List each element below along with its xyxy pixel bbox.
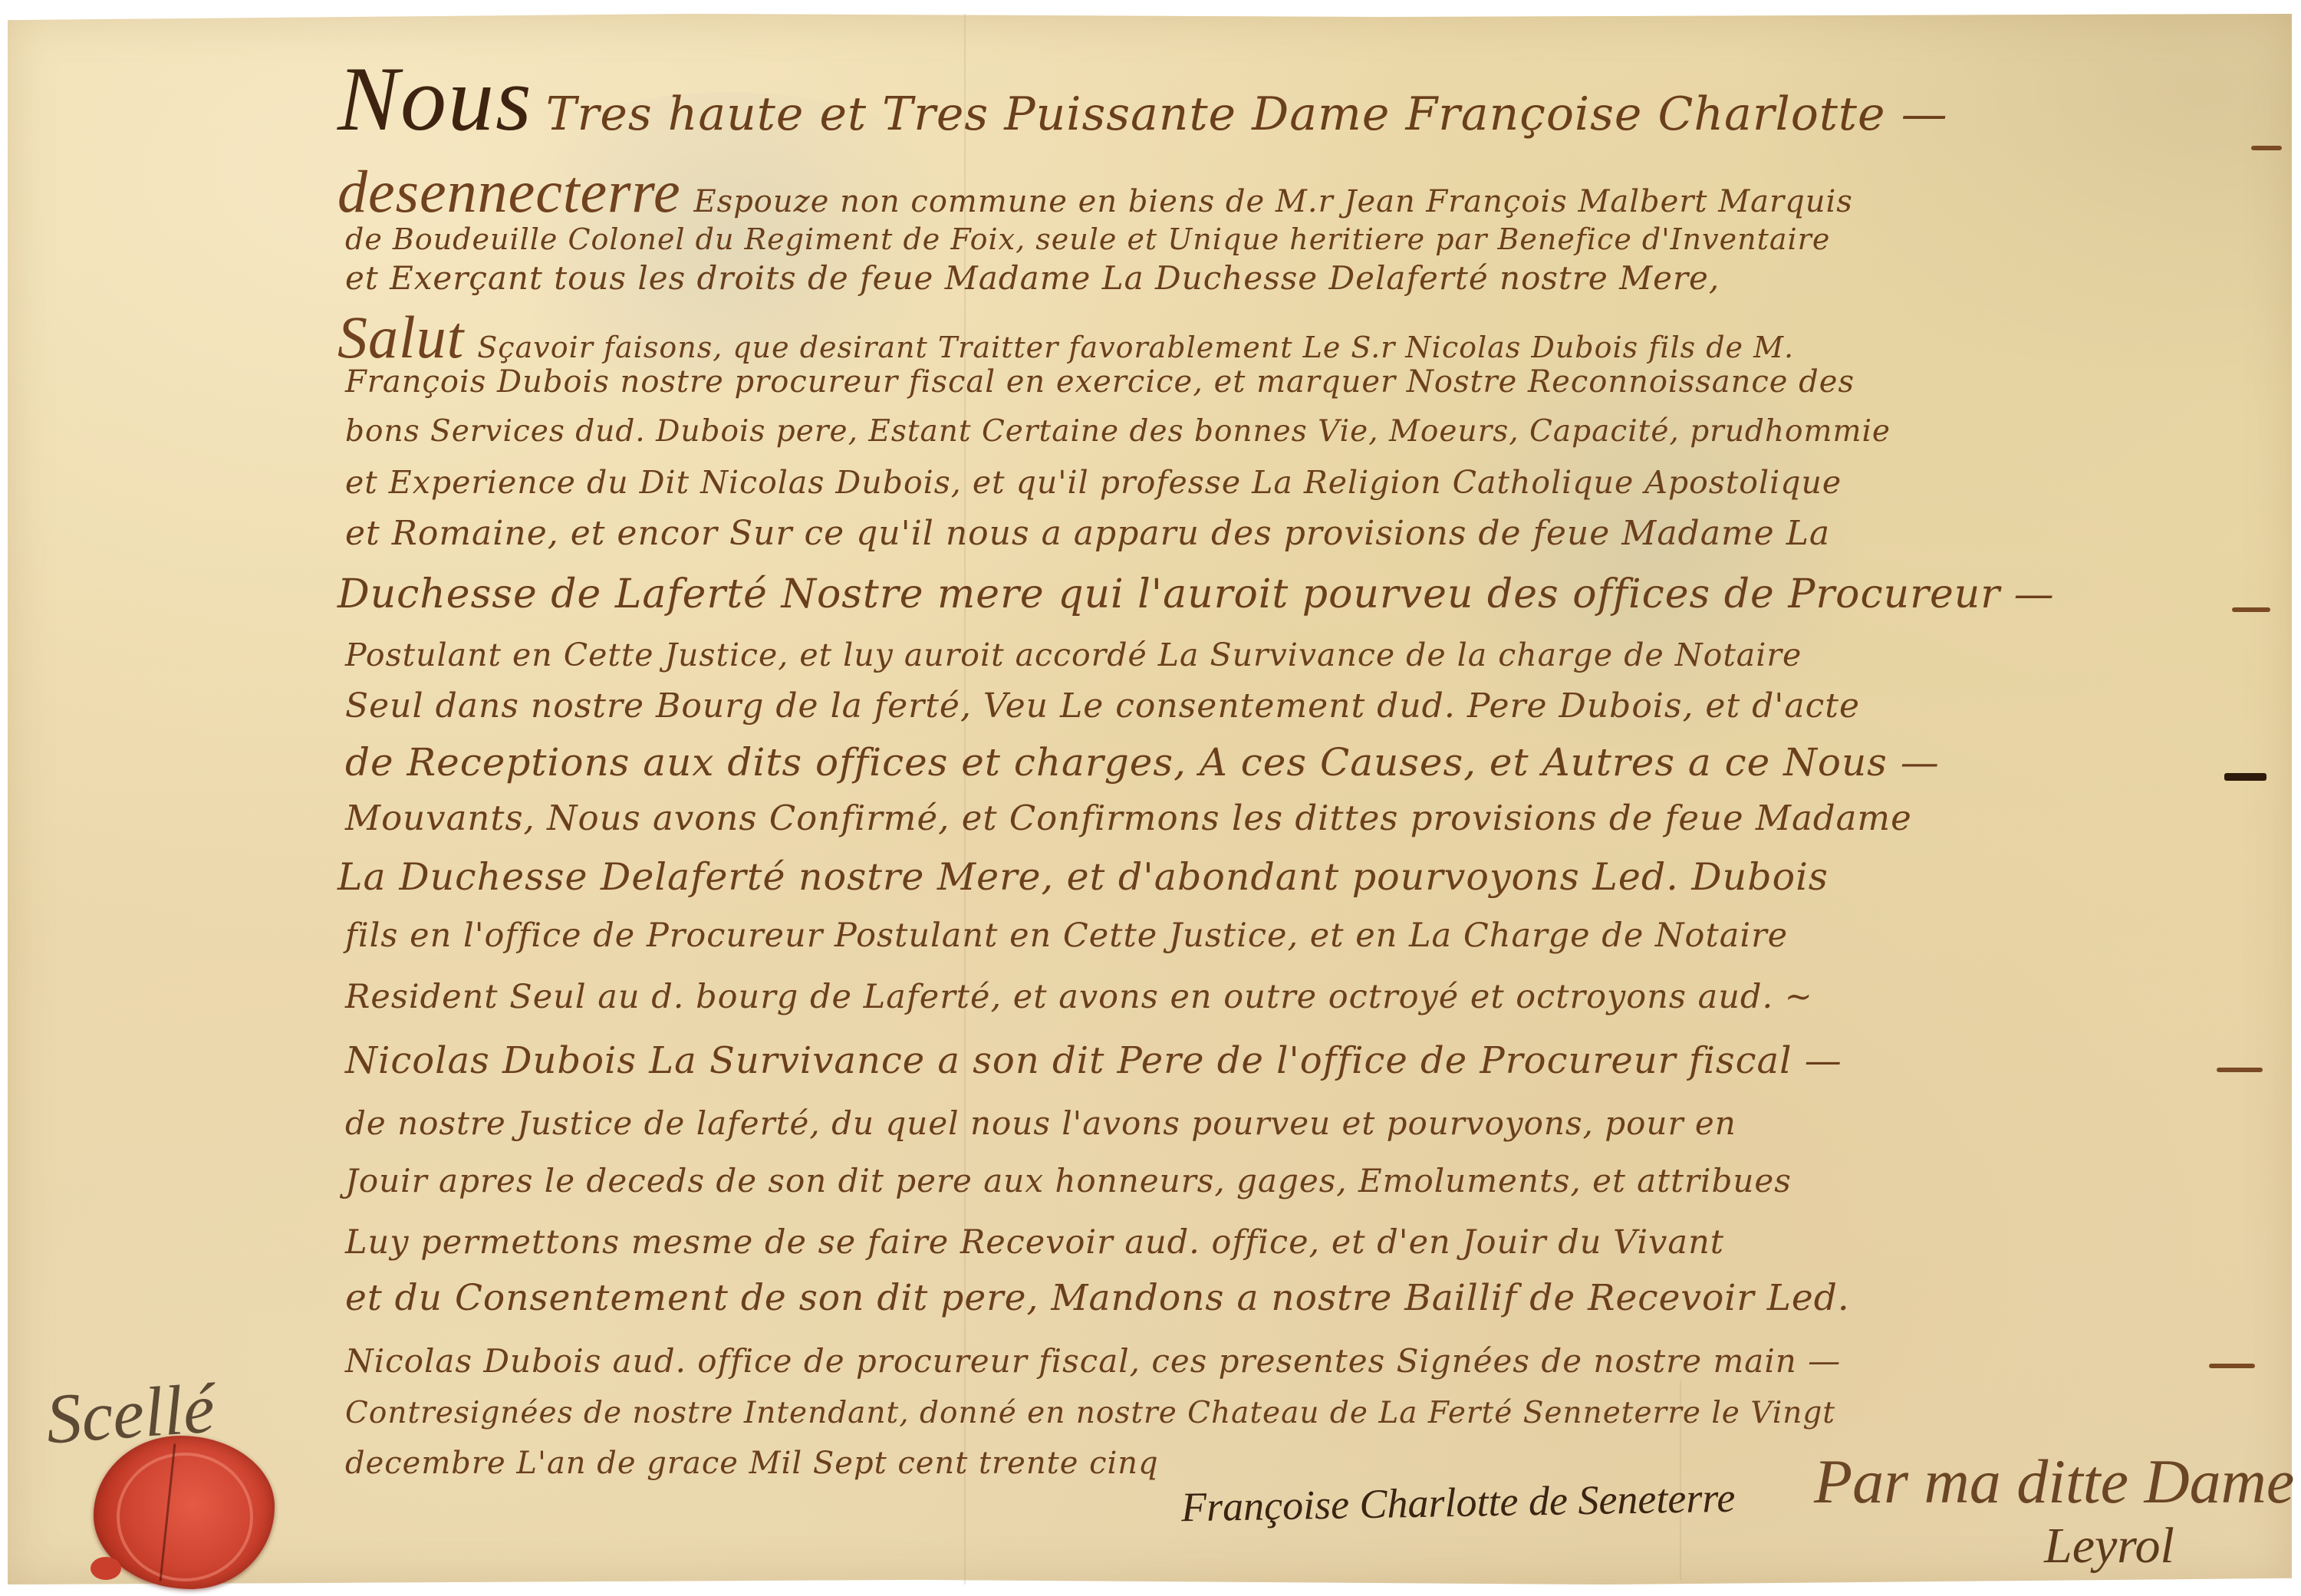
text-line-15: La Duchesse Delaferté nostre Mere, et d'… [337, 855, 1829, 899]
line-text: Espouze non commune en biens de M.r Jean… [693, 184, 1852, 219]
text-line-6: François Dubois nostre procureur fiscal … [345, 364, 1855, 400]
line-lead-word: desennecterre [337, 158, 681, 225]
text-line-8: et Experience du Dit Nicolas Dubois, et … [345, 464, 1842, 501]
text-line-2: desennecterre Espouze non commune en bie… [337, 157, 1853, 226]
text-line-19: de nostre Justice de laferté, du quel no… [345, 1104, 1736, 1142]
text-line-12: Seul dans nostre Bourg de la ferté, Veu … [345, 686, 1860, 726]
text-line-25: decembre L'an de grace Mil Sept cent tre… [345, 1446, 1159, 1481]
countersign-prefix: Par ma ditte Dame [1814, 1446, 2294, 1518]
line-end-flourish [2209, 1364, 2255, 1368]
text-line-14: Mouvants, Nous avons Confirmé, et Confir… [345, 798, 1912, 838]
line-text: Sçavoir faisons, que desirant Traitter f… [477, 331, 1794, 364]
text-line-10: Duchesse de Laferté Nostre mere qui l'au… [337, 571, 2055, 617]
signature-main: Françoise Charlotte de Seneterre [1181, 1474, 1736, 1532]
text-line-4: et Exerçant tous les droits de feue Mada… [345, 259, 1720, 297]
text-line-22: et du Consentement de son dit pere, Mand… [345, 1277, 1850, 1319]
line-end-flourish [2217, 1068, 2263, 1072]
line-end-flourish [2232, 607, 2270, 612]
text-line-11: Postulant en Cette Justice, et luy auroi… [345, 637, 1802, 673]
opening-word: Nous [337, 48, 533, 150]
text-line-18: Nicolas Dubois La Survivance a son dit P… [345, 1039, 1842, 1082]
text-line-1: Nous Tres haute et Tres Puissante Dame F… [337, 46, 1948, 152]
text-line-24: Contresignées de nostre Intendant, donné… [345, 1396, 1835, 1430]
line-text: Tres haute et Tres Puissante Dame Franço… [546, 87, 1948, 141]
text-line-13: de Receptions aux dits offices et charge… [345, 740, 1940, 785]
text-line-7: bons Services dud. Dubois pere, Estant C… [345, 414, 1891, 449]
text-line-9: et Romaine, et encor Sur ce qu'il nous a… [345, 514, 1830, 553]
line-lead-word: Salut [337, 304, 464, 370]
line-end-flourish [2224, 773, 2266, 781]
text-line-21: Luy permettons mesme de se faire Recevoi… [345, 1223, 1724, 1262]
text-line-20: Jouir apres le deceds de son dit pere au… [345, 1162, 1792, 1199]
text-line-16: fils en l'office de Procureur Postulant … [345, 916, 1788, 955]
wax-drip [91, 1557, 121, 1580]
text-line-3: de Boudeuille Colonel du Regiment de Foi… [345, 222, 1830, 256]
text-line-23: Nicolas Dubois aud. office de procureur … [345, 1342, 1841, 1380]
text-line-17: Resident Seul au d. bourg de Laferté, et… [345, 978, 1813, 1016]
line-end-flourish [2251, 146, 2282, 150]
signature-secretary: Leyrol [2044, 1517, 2174, 1575]
text-line-5: Salut Sçavoir faisons, que desirant Trai… [337, 303, 1794, 372]
